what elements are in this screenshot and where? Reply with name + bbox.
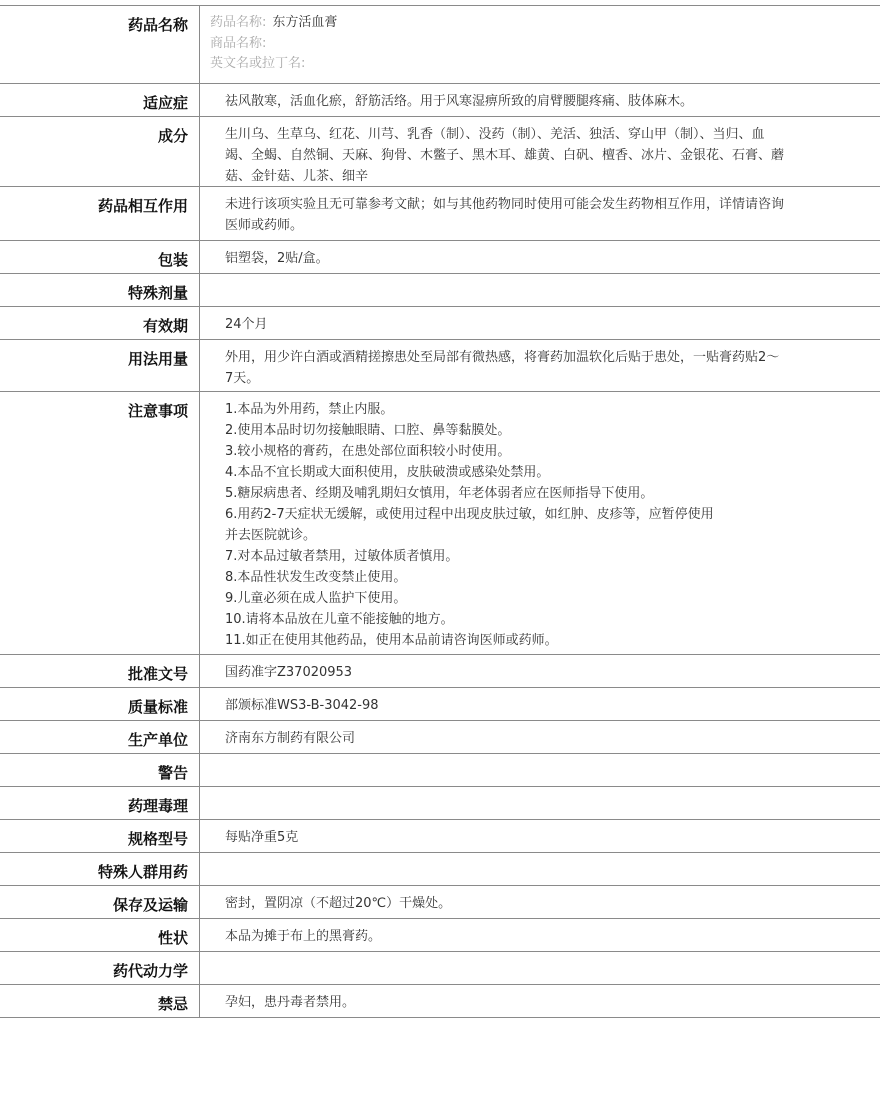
field-label: 成分 xyxy=(0,117,200,186)
row-pharmacokinetics: 药代动力学 xyxy=(0,952,880,985)
row-indications: 适应症祛风散寒，活血化瘀，舒筋活络。用于风寒湿痹所致的肩臂腰腿疼痛、肢体麻木。 xyxy=(0,84,880,117)
field-value: 药品名称:东方活血膏商品名称:英文名或拉丁名: xyxy=(200,6,880,83)
precaution-item: 5.糖尿病患者、经期及哺乳期妇女慎用，年老体弱者应在医师指导下使用。 xyxy=(225,483,785,504)
field-label: 警告 xyxy=(0,754,200,786)
field-value: 孕妇，患丹毒者禁用。 xyxy=(200,985,880,1017)
field-label: 性状 xyxy=(0,919,200,951)
field-value: 国药准字Z37020953 xyxy=(200,655,880,687)
row-warning: 警告 xyxy=(0,754,880,787)
name-line-label: 商品名称: xyxy=(210,36,266,51)
field-value: 济南东方制药有限公司 xyxy=(200,721,880,753)
field-value: 部颁标准WS3-B-3042-98 xyxy=(200,688,880,720)
row-drug-name: 药品名称药品名称:东方活血膏商品名称:英文名或拉丁名: xyxy=(0,6,880,84)
name-line-label: 药品名称: xyxy=(210,15,266,30)
row-special-dosage: 特殊剂量 xyxy=(0,274,880,307)
field-label: 有效期 xyxy=(0,307,200,339)
field-label: 药品名称 xyxy=(0,6,200,83)
field-label: 包装 xyxy=(0,241,200,273)
name-line: 英文名或拉丁名: xyxy=(210,54,785,75)
field-value xyxy=(200,274,880,306)
row-quality-standard: 质量标准部颁标准WS3-B-3042-98 xyxy=(0,688,880,721)
name-line-label: 英文名或拉丁名: xyxy=(210,56,305,71)
field-label: 用法用量 xyxy=(0,340,200,391)
field-value: 铝塑袋，2贴/盒。 xyxy=(200,241,880,273)
precaution-item: 10.请将本品放在儿童不能接触的地方。 xyxy=(225,609,785,630)
field-value xyxy=(200,787,880,819)
field-label: 注意事项 xyxy=(0,392,200,654)
field-label: 批准文号 xyxy=(0,655,200,687)
field-value: 生川乌、生草乌、红花、川芎、乳香（制）、没药（制）、羌活、独活、穿山甲（制）、当… xyxy=(200,117,880,186)
row-manufacturer: 生产单位济南东方制药有限公司 xyxy=(0,721,880,754)
field-label: 质量标准 xyxy=(0,688,200,720)
row-drug-interactions: 药品相互作用未进行该项实验且无可靠参考文献；如与其他药物同时使用可能会发生药物相… xyxy=(0,187,880,241)
row-pharmacology-toxicology: 药理毒理 xyxy=(0,787,880,820)
row-ingredients: 成分生川乌、生草乌、红花、川芎、乳香（制）、没药（制）、羌活、独活、穿山甲（制）… xyxy=(0,117,880,187)
field-value xyxy=(200,754,880,786)
row-storage-transport: 保存及运输密封，置阴凉（不超过20℃）干燥处。 xyxy=(0,886,880,919)
field-value: 未进行该项实验且无可靠参考文献；如与其他药物同时使用可能会发生药物相互作用，详情… xyxy=(200,187,880,240)
drug-info-table: 药品名称药品名称:东方活血膏商品名称:英文名或拉丁名:适应症祛风散寒，活血化瘀，… xyxy=(0,5,880,1018)
field-value: 祛风散寒，活血化瘀，舒筋活络。用于风寒湿痹所致的肩臂腰腿疼痛、肢体麻木。 xyxy=(200,84,880,116)
precaution-item: 4.本品不宜长期或大面积使用，皮肤破溃或感染处禁用。 xyxy=(225,462,785,483)
field-label: 生产单位 xyxy=(0,721,200,753)
field-value xyxy=(200,952,880,984)
field-value: 每贴净重5克 xyxy=(200,820,880,852)
field-value xyxy=(200,853,880,885)
field-value: 1.本品为外用药，禁止内服。2.使用本品时切勿接触眼睛、口腔、鼻等黏膜处。3.较… xyxy=(200,392,880,654)
precaution-item: 7.对本品过敏者禁用，过敏体质者慎用。 xyxy=(225,546,785,567)
precaution-item: 6.用药2-7天症状无缓解，或使用过程中出现皮肤过敏，如红肿、皮疹等，应暂停使用 xyxy=(225,504,785,525)
field-value: 本品为摊于布上的黑膏药。 xyxy=(200,919,880,951)
field-label: 药理毒理 xyxy=(0,787,200,819)
field-label: 药品相互作用 xyxy=(0,187,200,240)
field-value: 24个月 xyxy=(200,307,880,339)
precaution-item: 11.如正在使用其他药品，使用本品前请咨询医师或药师。 xyxy=(225,630,785,651)
field-label: 保存及运输 xyxy=(0,886,200,918)
precaution-item: 3.较小规格的膏药，在患处部位面积较小时使用。 xyxy=(225,441,785,462)
name-line-value: 东方活血膏 xyxy=(272,15,337,30)
field-label: 规格型号 xyxy=(0,820,200,852)
field-label: 特殊人群用药 xyxy=(0,853,200,885)
field-label: 禁忌 xyxy=(0,985,200,1017)
row-shelf-life: 有效期24个月 xyxy=(0,307,880,340)
row-contraindications: 禁忌孕妇，患丹毒者禁用。 xyxy=(0,985,880,1018)
row-special-populations: 特殊人群用药 xyxy=(0,853,880,886)
name-line: 商品名称: xyxy=(210,34,785,55)
row-approval-number: 批准文号国药准字Z37020953 xyxy=(0,655,880,688)
field-value: 密封，置阴凉（不超过20℃）干燥处。 xyxy=(200,886,880,918)
field-label: 适应症 xyxy=(0,84,200,116)
row-packaging: 包装铝塑袋，2贴/盒。 xyxy=(0,241,880,274)
row-description: 性状本品为摊于布上的黑膏药。 xyxy=(0,919,880,952)
precaution-item: 2.使用本品时切勿接触眼睛、口腔、鼻等黏膜处。 xyxy=(225,420,785,441)
name-line: 药品名称:东方活血膏 xyxy=(210,13,785,34)
precaution-item: 1.本品为外用药，禁止内服。 xyxy=(225,399,785,420)
field-value: 外用，用少许白酒或酒精搓擦患处至局部有微热感，将膏药加温软化后贴于患处，一贴膏药… xyxy=(200,340,880,391)
row-usage-dosage: 用法用量外用，用少许白酒或酒精搓擦患处至局部有微热感，将膏药加温软化后贴于患处，… xyxy=(0,340,880,392)
row-specification: 规格型号每贴净重5克 xyxy=(0,820,880,853)
row-precautions: 注意事项1.本品为外用药，禁止内服。2.使用本品时切勿接触眼睛、口腔、鼻等黏膜处… xyxy=(0,392,880,655)
precaution-item: 并去医院就诊。 xyxy=(225,525,785,546)
precaution-item: 9.儿童必须在成人监护下使用。 xyxy=(225,588,785,609)
field-label: 药代动力学 xyxy=(0,952,200,984)
precaution-item: 8.本品性状发生改变禁止使用。 xyxy=(225,567,785,588)
field-label: 特殊剂量 xyxy=(0,274,200,306)
